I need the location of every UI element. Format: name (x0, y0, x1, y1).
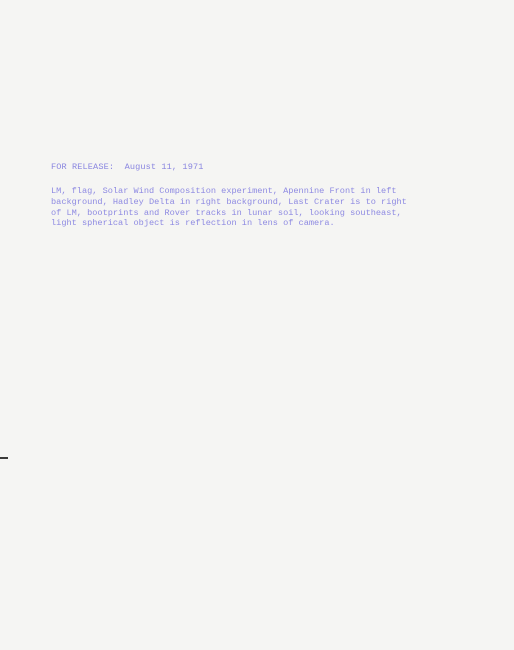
release-label: FOR RELEASE: (51, 162, 114, 172)
caption-line: light spherical object is reflection in … (51, 218, 451, 229)
release-line: FOR RELEASE: August 11, 1971 (51, 162, 203, 172)
photo-caption: LM, flag, Solar Wind Composition experim… (51, 186, 451, 229)
edge-mark (0, 457, 8, 459)
document-page: FOR RELEASE: August 11, 1971 LM, flag, S… (0, 0, 514, 650)
release-date: August 11, 1971 (125, 162, 204, 172)
caption-line: background, Hadley Delta in right backgr… (51, 197, 451, 208)
caption-line: LM, flag, Solar Wind Composition experim… (51, 186, 451, 197)
caption-line: of LM, bootprints and Rover tracks in lu… (51, 208, 451, 219)
